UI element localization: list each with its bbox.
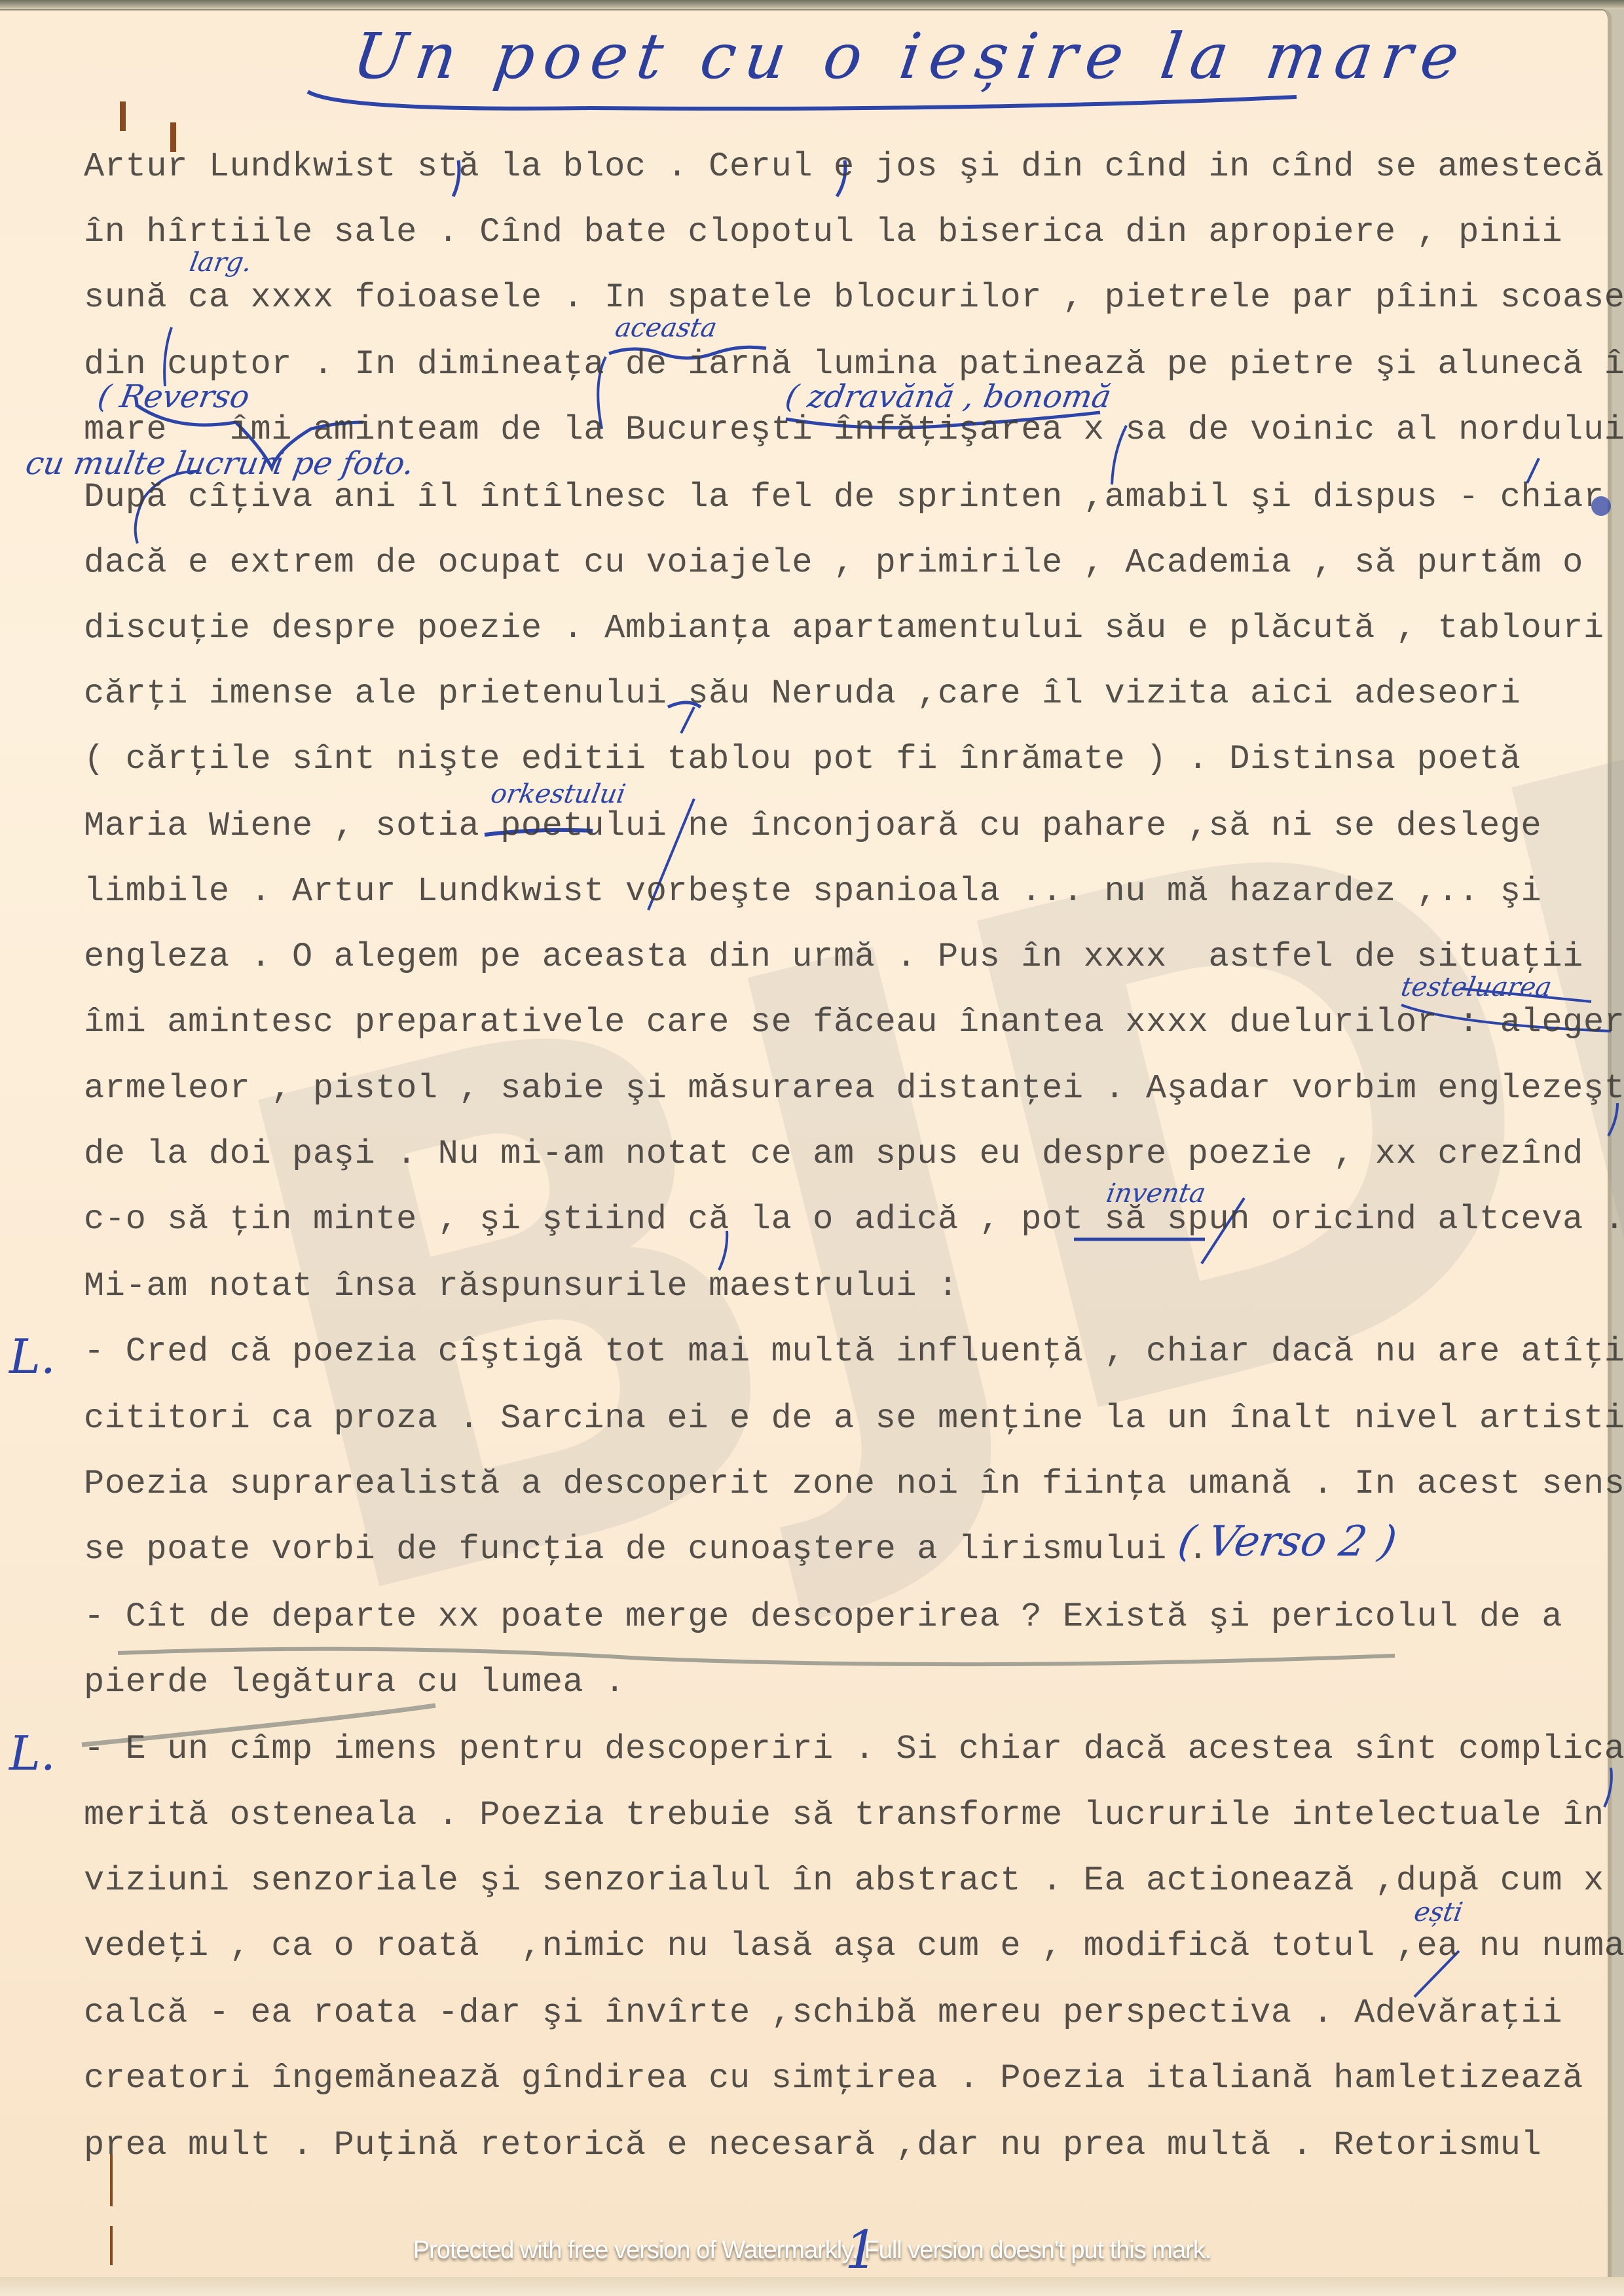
typed-line: cititori ca proza . Sarcina ei e de a se… bbox=[84, 1399, 1624, 1438]
handwritten-title: Un poet cu o ieșire la mare bbox=[348, 20, 1473, 93]
annotation-zdravana-bonoma: ( zdravănă , bonomă bbox=[783, 378, 1114, 415]
annotation-reverso: ( Reverso bbox=[95, 378, 252, 415]
scan-bottom-edge bbox=[0, 2277, 1624, 2296]
typed-line: Mi-am notat însa răspunsurile maestrului… bbox=[84, 1267, 959, 1305]
typed-line: pierde legătura cu lumea . bbox=[84, 1663, 625, 1702]
annotation-testeluarea: testeluarea bbox=[1399, 972, 1554, 1002]
typed-line: ( cărţile sînt nişte editii tablou pot f… bbox=[84, 740, 1521, 778]
typed-line: Artur Lundkwist stă la bloc . Cerul e jo… bbox=[84, 147, 1604, 186]
margin-mark-l: L. bbox=[9, 1726, 56, 1781]
typed-line: armeleor , pistol , sabie şi măsurarea d… bbox=[84, 1069, 1624, 1108]
typed-line: sună ca xxxx foioasele . In spatele bloc… bbox=[84, 278, 1624, 317]
typed-line: vedeţi , ca o roată ,nimic nu lasă aşa c… bbox=[84, 1927, 1624, 1965]
margin-mark-l: L. bbox=[9, 1329, 56, 1384]
typed-line: merită osteneala . Poezia trebuie să tra… bbox=[84, 1796, 1604, 1834]
typed-line: c-o să ţin minte , şi ştiind că la o adi… bbox=[84, 1200, 1624, 1239]
annotation-verso-2: ( Verso 2 ) bbox=[1174, 1518, 1400, 1566]
typed-line: Poezia suprarealistă a descoperit zone n… bbox=[84, 1465, 1624, 1503]
annotation-inventa: inventa bbox=[1104, 1178, 1208, 1209]
annotation-lucruri-pe-foto: cu multe lucruri pe foto. bbox=[23, 445, 417, 482]
typed-line: mare îmi aminteam de la Bucureşti înfăţi… bbox=[84, 410, 1624, 449]
scan-top-edge bbox=[0, 0, 1624, 9]
typed-line: limbile . Artur Lundkwist vorbeşte spani… bbox=[84, 872, 1541, 911]
typed-line: de la doi paşi . Nu mi-am notat ce am sp… bbox=[84, 1135, 1583, 1173]
typed-line: în hîrtiile sale . Cînd bate clopotul la… bbox=[84, 213, 1562, 251]
typed-line: se poate vorbi de funcţia de cunoaştere … bbox=[84, 1530, 1208, 1569]
typed-line: După cîţiva ani îl întîlnesc la fel de s… bbox=[84, 478, 1624, 517]
typed-line: prea mult . Puţină retorică e necesară ,… bbox=[84, 2126, 1541, 2164]
typed-line: cărţi imense ale prietenului său Neruda … bbox=[84, 674, 1521, 713]
typed-line: calcă - ea roata -dar şi învîrte ,schibă… bbox=[84, 1994, 1562, 2032]
typed-line: dacă e extrem de ocupat cu voiajele , pr… bbox=[84, 543, 1583, 582]
typed-line: discuţie despre poezie . Ambianţa aparta… bbox=[84, 609, 1624, 647]
typed-line: - Cred că poezia cîştigă tot mai multă i… bbox=[84, 1332, 1624, 1371]
typed-line: engleza . O alegem pe aceasta din urmă .… bbox=[84, 938, 1583, 976]
typed-line: viziuni senzoriale şi senzorialul în abs… bbox=[84, 1861, 1604, 1900]
typed-line: îmi amintesc preparativele care se făcea… bbox=[84, 1003, 1624, 1042]
typed-line: - E un cîmp imens pentru descoperiri . S… bbox=[84, 1730, 1624, 1768]
typed-line: - Cît de departe xx poate merge descoper… bbox=[84, 1597, 1562, 1636]
watermarkly-notice: Protected with free version of Watermark… bbox=[0, 2236, 1624, 2265]
typed-line: Maria Wiene , sotia poetului ne înconjoa… bbox=[84, 807, 1541, 845]
annotation-esti: ești bbox=[1412, 1897, 1465, 1927]
annotation-orkestului: orkestului bbox=[489, 779, 628, 809]
annotation-aceasta: aceasta bbox=[613, 313, 719, 343]
annotation-larg: larg. bbox=[187, 247, 254, 278]
typed-line: creatori îngemănează gîndirea cu simţire… bbox=[84, 2059, 1583, 2098]
